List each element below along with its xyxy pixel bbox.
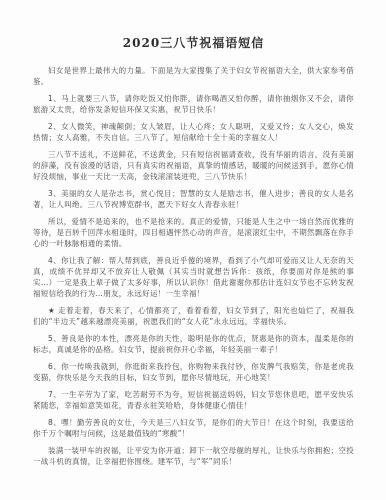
paragraph: 2、女人微笑，神魂颠倒；女人皱眉，让人心疼；女人聪明，又爱又怜；女人交心，焕发热… bbox=[33, 121, 354, 143]
paragraph: ★ 走着走着，春天来了，心情都亮了，看着看着，妇女节到了，阳光也灿烂了，祝福我们… bbox=[33, 305, 354, 327]
paragraph: 3、美丽的女人是杂志书，赏心悦目；智慧的女人是励志书，催人进步；善良的女人是名著… bbox=[33, 188, 354, 210]
paragraph: 妇女是世界上最伟大的力量。下面是为大家搜集了关于妇女节祝福语大全，供大家参考借鉴… bbox=[33, 65, 354, 87]
paragraph: 1、马上就要三八节，请你吃饭又怕你胖，请你喝酒又怕你醉，请你抽烟你又不会，请你旅… bbox=[33, 93, 354, 115]
paragraph: 6、你一传唤我就到，你逛街来我拎包，你购物来我付钞，你发脾气我赔笑，你是老虎我变… bbox=[33, 361, 354, 383]
paragraph: 装满一装甲车的祝福，让平安为你开道；卸下一航空母舰的厚礼，让快乐与你拥抱；空投一… bbox=[33, 445, 354, 467]
paragraph: 8、嘿！勤劳善良的女仕，今天是三八妇女节，是你们的大节日！在这个时刻，我要送给你… bbox=[33, 417, 354, 439]
paragraph: 三八节不送礼，不送鲜花，不送黄金，只有短信祝福请查收，没有华丽的语言，没有美丽的… bbox=[33, 149, 354, 182]
document-page: 2020三八节祝福语短信 妇女是世界上最伟大的力量。下面是为大家搜集了关于妇女节… bbox=[0, 0, 386, 500]
paragraph: 5、善良是你的本性，漂亮是你的天性，聪明是你的优点，贤惠是你的资本，温柔是你的标… bbox=[33, 333, 354, 355]
document-title: 2020三八节祝福语短信 bbox=[33, 34, 354, 51]
paragraph: 所以，爱情不是追来的，也不是抢来的。真正的爱情，只能是人生之中一场自然而优雅的等… bbox=[33, 216, 354, 249]
paragraph-list: 妇女是世界上最伟大的力量。下面是为大家搜集了关于妇女节祝福语大全，供大家参考借鉴… bbox=[33, 65, 354, 467]
paragraph: 7、一生辛劳为了家，吃苦耐劳不为夸，短信祝福送妈妈，妇女节您休息吧，愿平安快乐紧… bbox=[33, 389, 354, 411]
paragraph: 4、你让我了解：帮人帮到底，善良近乎傻的境界，看到了小气却可爱而又让人无奈的天真… bbox=[33, 255, 354, 299]
